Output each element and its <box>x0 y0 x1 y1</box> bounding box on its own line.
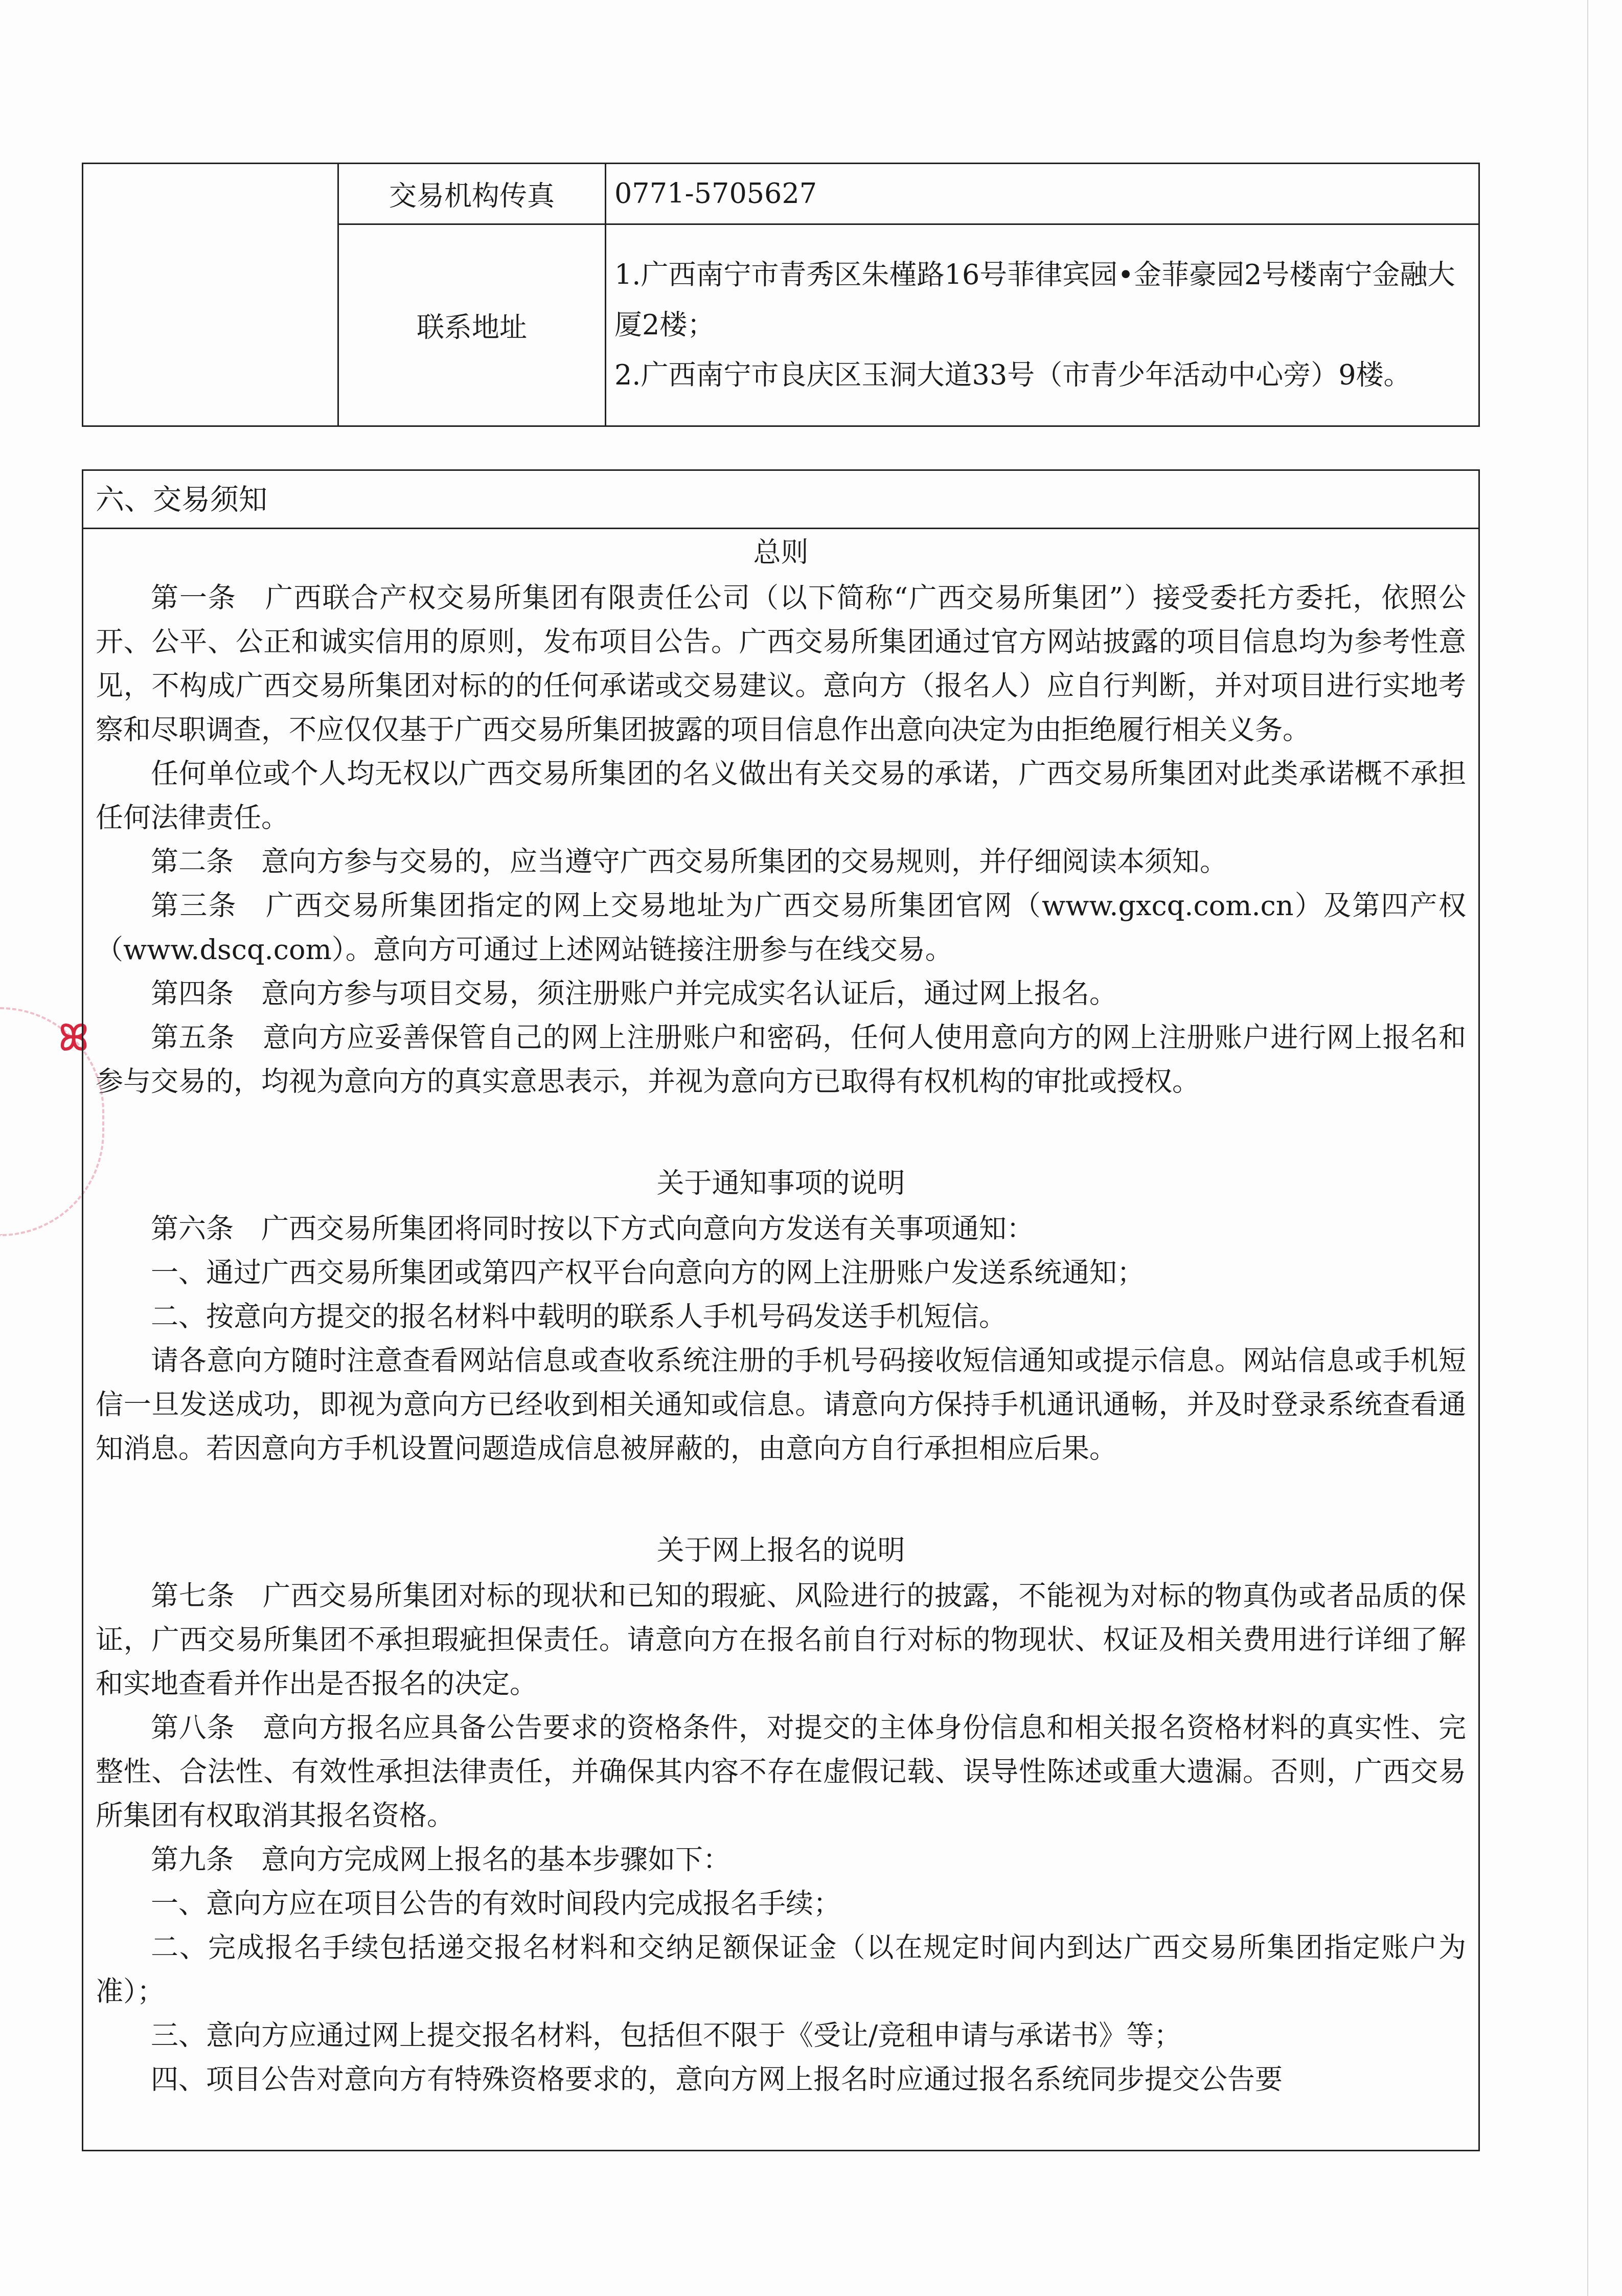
article-2: 第二条 意向方参与交易的，应当遵守广西交易所集团的交易规则，并仔细阅读本须知。 <box>96 840 1466 884</box>
paragraph-disclaimer: 任何单位或个人均无权以广西交易所集团的名义做出有关交易的承诺，广西交易所集团对此… <box>96 752 1466 840</box>
section-title-general: 总则 <box>96 529 1466 576</box>
address-value: 1.广西南宁市青秀区朱槿路16号菲律宾园•金菲豪园2号楼南宁金融大厦2楼； 2.… <box>606 224 1479 426</box>
article-1: 第一条 广西联合产权交易所集团有限责任公司（以下简称“广西交易所集团”）接受委托… <box>96 576 1466 752</box>
article-7: 第七条 广西交易所集团对标的现状和已知的瑕疵、风险进行的披露，不能视为对标的物真… <box>96 1574 1466 1706</box>
step-4: 四、项目公告对意向方有特殊资格要求的，意向方网上报名时应通过报名系统同步提交公告… <box>96 2058 1466 2102</box>
section-title-notifications: 关于通知事项的说明 <box>96 1160 1466 1207</box>
address-line-1: 1.广西南宁市青秀区朱槿路16号菲律宾园•金菲豪园2号楼南宁金融大厦2楼； <box>614 250 1470 350</box>
page-edge <box>1587 0 1588 2296</box>
table-row-fax: 交易机构传真 0771-5705627 <box>83 164 1479 224</box>
article-5: 第五条 意向方应妥善保管自己的网上注册账户和密码，任何人使用意向方的网上注册账户… <box>96 1016 1466 1104</box>
spacer <box>96 1471 1466 1527</box>
list-item-2: 二、按意向方提交的报名材料中载明的联系人手机号码发送手机短信。 <box>96 1295 1466 1339</box>
section-title-online-registration: 关于网上报名的说明 <box>96 1527 1466 1574</box>
fax-value: 0771-5705627 <box>606 164 1479 224</box>
spacer <box>96 1104 1466 1160</box>
contact-info-table: 交易机构传真 0771-5705627 联系地址 1.广西南宁市青秀区朱槿路16… <box>82 163 1480 427</box>
article-4: 第四条 意向方参与项目交易，须注册账户并完成实名认证后，通过网上报名。 <box>96 972 1466 1016</box>
trading-notice-box: 六、交易须知 总则 第一条 广西联合产权交易所集团有限责任公司（以下简称“广西交… <box>82 469 1480 2151</box>
article-9: 第九条 意向方完成网上报名的基本步骤如下： <box>96 1838 1466 1882</box>
section-heading: 六、交易须知 <box>83 471 1478 529</box>
address-line-2: 2.广西南宁市良庆区玉洞大道33号（市青少年活动中心旁）9楼。 <box>614 350 1470 400</box>
notice-body: 总则 第一条 广西联合产权交易所集团有限责任公司（以下简称“广西交易所集团”）接… <box>83 529 1478 2102</box>
paragraph-notice-reminder: 请各意向方随时注意查看网站信息或查收系统注册的手机号码接收短信通知或提示信息。网… <box>96 1339 1466 1471</box>
step-2: 二、完成报名手续包括递交报名材料和交纳足额保证金（以在规定时间内到达广西交易所集… <box>96 1926 1466 2014</box>
fax-label: 交易机构传真 <box>338 164 606 224</box>
article-8: 第八条 意向方报名应具备公告要求的资格条件，对提交的主体身份信息和相关报名资格材… <box>96 1706 1466 1838</box>
table-cell-empty <box>83 164 338 426</box>
step-3: 三、意向方应通过网上提交报名材料，包括但不限于《受让/竞租申请与承诺书》等； <box>96 2014 1466 2058</box>
list-item-1: 一、通过广西交易所集团或第四产权平台向意向方的网上注册账户发送系统通知； <box>96 1251 1466 1295</box>
address-label: 联系地址 <box>338 224 606 426</box>
step-1: 一、意向方应在项目公告的有效时间段内完成报名手续； <box>96 1882 1466 1926</box>
article-6: 第六条 广西交易所集团将同时按以下方式向意向方发送有关事项通知： <box>96 1207 1466 1251</box>
article-3: 第三条 广西交易所集团指定的网上交易地址为广西交易所集团官网（www.gxcq.… <box>96 884 1466 972</box>
